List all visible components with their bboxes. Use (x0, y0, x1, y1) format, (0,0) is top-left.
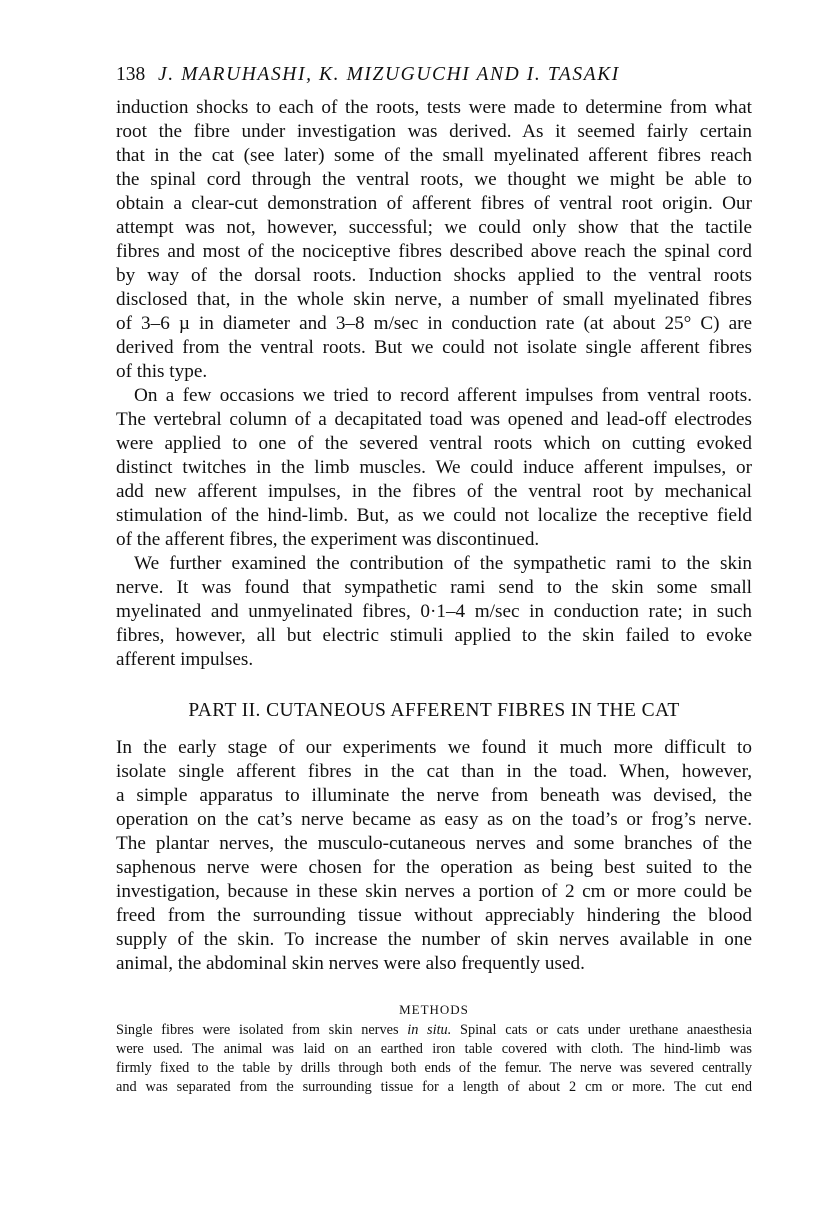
text-line: supply of the skin. To increase the numb… (116, 928, 752, 952)
text-line: We further examined the contribution of … (116, 552, 752, 576)
text-line: isolate single afferent fibres in the ca… (116, 760, 752, 784)
text-line: animal, the abdominal skin nerves were a… (116, 952, 752, 976)
text-line: On a few occasions we tried to record af… (116, 384, 752, 408)
text-line: root the fibre under investigation was d… (116, 120, 752, 144)
text-line: In the early stage of our experiments we… (116, 736, 752, 760)
text-line: The vertebral column of a decapitated to… (116, 408, 752, 432)
methods-heading: METHODS (116, 1002, 752, 1018)
text-span: Spinal cats or cats under urethane anaes… (451, 1022, 752, 1038)
text-line: firmly fixed to the table by drills thro… (116, 1059, 752, 1078)
text-line: add new afferent impulses, in the fibres… (116, 480, 752, 504)
text-line: Single fibres were isolated from skin ne… (116, 1021, 752, 1040)
text-line: derived from the ventral roots. But we c… (116, 336, 752, 360)
running-head-authors: J. MARUHASHI, K. MIZUGUCHI AND I. TASAKI (158, 64, 620, 86)
text-line: myelinated and unmyelinated fibres, 0·1–… (116, 600, 752, 624)
text-line: of this type. (116, 360, 752, 384)
text-line: of the afferent fibres, the experiment w… (116, 528, 752, 552)
text-line: disclosed that, in the whole skin nerve,… (116, 288, 752, 312)
text-line: distinct twitches in the limb muscles. W… (116, 456, 752, 480)
text-line: afferent impulses. (116, 648, 752, 672)
italic-term: in situ. (407, 1022, 451, 1038)
text-line: nerve. It was found that sympathetic ram… (116, 576, 752, 600)
page-number: 138 (116, 64, 145, 86)
text-line: operation on the cat’s nerve became as e… (116, 808, 752, 832)
text-line: investigation, because in these skin ner… (116, 880, 752, 904)
text-line: fibres, however, all but electric stimul… (116, 624, 752, 648)
text-line: attempt was not, however, successful; we… (116, 216, 752, 240)
text-line: obtain a clear-cut demonstration of affe… (116, 192, 752, 216)
text-line: were used. The animal was laid on an ear… (116, 1040, 752, 1059)
text-line: and was separated from the surrounding t… (116, 1078, 752, 1097)
text-line: saphenous nerve were chosen for the oper… (116, 856, 752, 880)
text-line: by way of the dorsal roots. Induction sh… (116, 264, 752, 288)
text-line: that in the cat (see later) some of the … (116, 144, 752, 168)
text-line: the spinal cord through the ventral root… (116, 168, 752, 192)
text-line: a simple apparatus to illuminate the ner… (116, 784, 752, 808)
text-line: fibres and most of the nociceptive fibre… (116, 240, 752, 264)
section-heading: PART II. CUTANEOUS AFFERENT FIBRES IN TH… (116, 700, 752, 722)
text-line: The plantar nerves, the musculo-cutaneou… (116, 832, 752, 856)
text-line: induction shocks to each of the roots, t… (116, 96, 752, 120)
text-line: of 3–6 µ in diameter and 3–8 m/sec in co… (116, 312, 752, 336)
text-span: Single fibres were isolated from skin ne… (116, 1022, 407, 1038)
text-line: freed from the surrounding tissue withou… (116, 904, 752, 928)
running-head: 138 J. MARUHASHI, K. MIZUGUCHI AND I. TA… (116, 64, 752, 90)
text-line: were applied to one of the severed ventr… (116, 432, 752, 456)
text-line: stimulation of the hind-limb. But, as we… (116, 504, 752, 528)
